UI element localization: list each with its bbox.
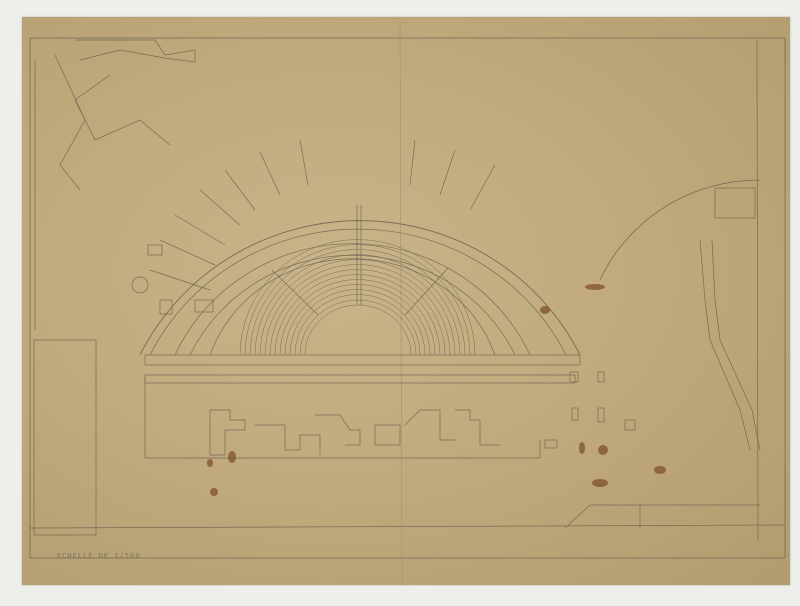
corner-block: [715, 188, 755, 218]
corridor-arc: [210, 259, 495, 355]
radial-aisle: [405, 268, 448, 315]
cavea-seating: [240, 240, 475, 355]
stains: [207, 284, 666, 496]
bottom-right-block: [565, 505, 760, 528]
stage-building: [145, 355, 635, 458]
outer-arc: [150, 229, 566, 355]
site-outline: [75, 75, 170, 145]
theatre-plan-drawing: [0, 0, 800, 606]
corridor-arc: [175, 244, 530, 355]
bottom-rule: [30, 525, 785, 528]
street-edge: [712, 240, 760, 450]
right-arc: [600, 180, 760, 280]
bottom-left-block: [34, 340, 96, 535]
street-edge: [700, 240, 750, 450]
inner-border: [757, 40, 758, 540]
scale-label: ECHELLE DE 1/500: [57, 552, 140, 560]
site-outline: [75, 40, 195, 62]
site-outline: [55, 55, 85, 190]
drawing-border: [30, 38, 785, 558]
fold-line: [400, 20, 402, 585]
document-stage: ECHELLE DE 1/500: [0, 0, 800, 606]
